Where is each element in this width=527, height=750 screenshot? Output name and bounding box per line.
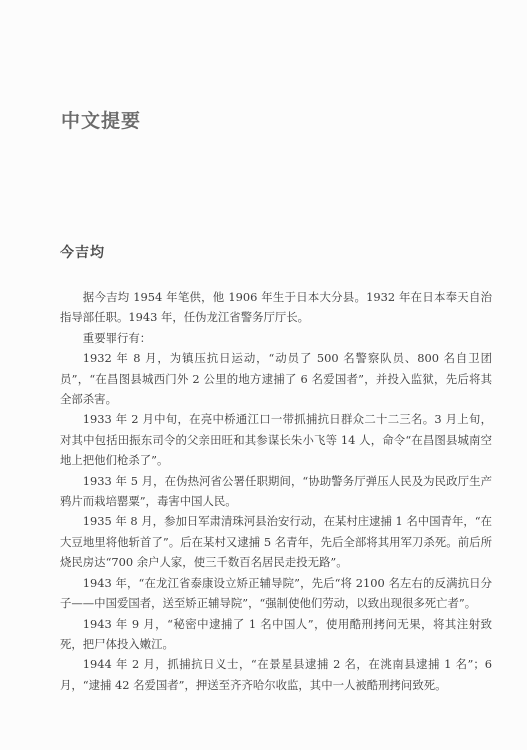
paragraph-1943: 1943 年，“在龙江省泰康设立矫正辅导院”，先后“将 2100 名左右的反满抗…	[60, 573, 492, 614]
paragraph-1932-08: 1932 年 8 月，为镇压抗日运动，“动员了 500 名警察队员、800 名自…	[60, 348, 492, 409]
document-page: 中文提要 今吉均 据今吉均 1954 年笔供，他 1906 年生于日本大分县。1…	[0, 0, 527, 750]
section-title: 中文提要	[61, 106, 141, 133]
paragraph-1933-02: 1933 年 2 月中旬，在亮中桥通江口一带抓捕抗日群众二十二三名。3 月上旬，…	[60, 409, 492, 470]
paragraph-crimes-intro: 重要罪行有：	[60, 328, 492, 348]
paragraph-1935-08: 1935 年 8 月，参加日军肃清珠河县治安行动，在某村庄逮捕 1 名中国青年，…	[60, 511, 492, 572]
paragraph-biography: 据今吉均 1954 年笔供，他 1906 年生于日本大分县。1932 年在日本奉…	[60, 287, 492, 328]
body-text: 据今吉均 1954 年笔供，他 1906 年生于日本大分县。1932 年在日本奉…	[60, 287, 492, 695]
person-name-heading: 今吉均	[60, 242, 105, 262]
paragraph-1943-09: 1943 年 9 月，“秘密中逮捕了 1 名中国人”，使用酷刑拷问无果，将其注射…	[60, 614, 492, 655]
paragraph-1933-05: 1933 年 5 月，在伪热河省公署任职期间，“协助警务厅弹压人民及为民政厅生产…	[60, 471, 492, 512]
paragraph-1944-02: 1944 年 2 月，抓捕抗日义士，“在景星县逮捕 2 名，在洮南县逮捕 1 名…	[60, 654, 492, 695]
